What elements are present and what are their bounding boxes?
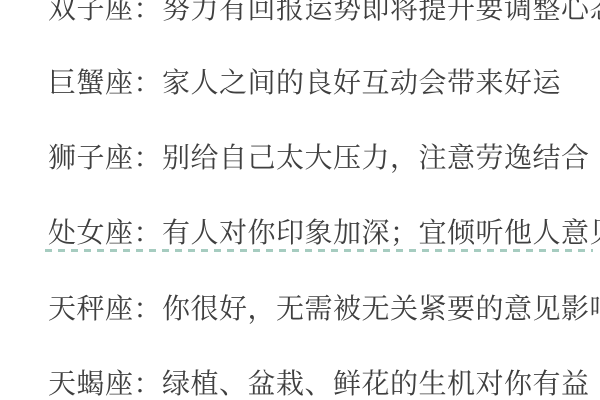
- horoscope-line-cancer: 巨蟹座：家人之间的良好互动会带来好运: [48, 66, 561, 100]
- horoscope-text-leo: 狮子座：别给自己太大压力，注意劳逸结合: [48, 142, 590, 173]
- horoscope-text-gemini: 双子座：努力有回报运势即将提升要调整心态: [48, 0, 600, 24]
- horoscope-line-scorpio: 天蝎座：绿植、盆栽、鲜花的生机对你有益: [48, 367, 590, 400]
- horoscope-text-cancer: 巨蟹座：家人之间的良好互动会带来好运: [48, 67, 561, 98]
- horoscope-line-gemini: 双子座：努力有回报运势即将提升要调整心态: [48, 0, 600, 26]
- horoscope-text-virgo: 处女座：有人对你印象加深；宜倾听他人意见: [48, 217, 600, 248]
- horoscope-line-libra: 天秤座：你很好，无需被无关紧要的意见影响: [48, 292, 600, 326]
- horoscope-line-leo: 狮子座：别给自己太大压力，注意劳逸结合: [48, 141, 590, 175]
- horoscope-article: 双子座：努力有回报运势即将提升要调整心态 巨蟹座：家人之间的良好互动会带来好运 …: [0, 0, 600, 400]
- highlight-underline: [45, 249, 593, 252]
- horoscope-line-virgo: 处女座：有人对你印象加深；宜倾听他人意见: [48, 216, 600, 250]
- horoscope-text-scorpio: 天蝎座：绿植、盆栽、鲜花的生机对你有益: [48, 368, 590, 399]
- horoscope-text-libra: 天秤座：你很好，无需被无关紧要的意见影响: [48, 293, 600, 324]
